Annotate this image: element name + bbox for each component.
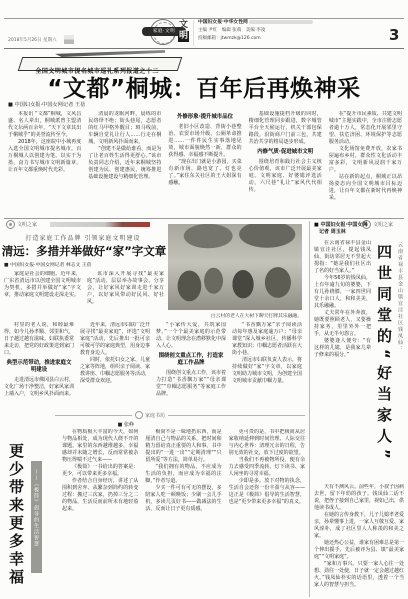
article2-intro-columns: 家庭是社会的细胞。近年来，广东省清远市以创建全国文明城市为契机，多措并举做好“家…	[4, 271, 164, 318]
staff-line: 主编 尹红 编辑 张萌 美编 李凌	[198, 27, 313, 35]
section-badge-label: 文明之家	[17, 221, 37, 228]
text-column: 家庭是社会的细胞。近年来，广东省清远市以创建全国文明城市为契机，多措并举做好“家…	[4, 271, 81, 318]
page-number: 3	[389, 26, 399, 44]
gradient-bar-left	[50, 222, 150, 227]
text-column: 在云南省禄丰县金山镇宜洼社区，提起钱凤仙，街坊邻居无不竖起大拇指：“她是我们社区…	[314, 240, 371, 480]
text-column: 天有不测风云。前些年，小叔子因病去世，留下年幼的孩子。钱凤仙二话不说，把侄子接到…	[314, 484, 404, 599]
header-rule	[4, 48, 404, 49]
header-divider	[193, 20, 194, 46]
header-slogan-bar	[249, 20, 313, 24]
article3-byline-line2: 记者 周玉林	[314, 229, 404, 236]
article3-upper-row: 在云南省禄丰县金山镇宜洼社区，提起钱凤仙，街坊邻居无不竖起大拇指：“她是我们社区…	[314, 240, 404, 480]
article1-headline: “文都”桐城：百年后再焕神采	[0, 70, 408, 103]
email-line: 投稿邮箱：jtwmzk@126.com	[198, 35, 313, 43]
masthead-char-2: 明	[178, 31, 189, 42]
article3-headline: 四世同堂的“好当家人”	[374, 244, 395, 480]
article2-kicker: 打造家庭工作品牌 引领家庭文明建设	[2, 233, 164, 242]
text-column: 极简不是一味地扔东西，而是厘清自己与物品的关系，把时间和精力留给真正重要的人和事…	[145, 429, 221, 593]
text-column: 近年来，清远市妇联广泛开展寻找“最美家庭”、评选“文明家庭”活动，先后推出一批可…	[80, 322, 150, 412]
book-headline: 更少带来更多幸福	[6, 443, 27, 587]
article3-byline-line1: ■ 中国妇女报·中国女网	[314, 222, 404, 229]
article1-bottom-rule	[4, 218, 404, 219]
paper-name: 中国妇女报·中华女性网	[198, 20, 248, 25]
book-seal-icon	[135, 411, 143, 419]
newspaper-page: 2018年5月26日 星期六 家庭·文明 文 明 中国妇女报·中华女性网 主编 …	[0, 0, 408, 599]
book-headline-block: 更少带来更多幸福 ——《极简》倡导的生活智慧	[6, 443, 45, 587]
text-column: 基础设施提档升级的同时，精细化管理同步跟进，数字城管平台全天候运行，机关干部包保…	[249, 111, 322, 215]
book-section-label-text: 家庭书坊	[145, 412, 165, 419]
text-column: 在“提升市民素质、共建文明城市”主题实践中，全市注册志愿者逾十万人，常态化开展邻…	[329, 111, 402, 215]
article3-byline: ■ 中国妇女报·中国女网 记者 周玉林	[314, 222, 404, 236]
article2-body-columns: 村里的老人说，和睦最难得，如今儿孙孝顺、邻里和气，日子越过越有滋味。妇联执委常来…	[4, 322, 302, 412]
photo-caption: 白云村的老人在大树下聊天打牌其乐融融。	[168, 312, 302, 319]
text-column: 该市深入开展寻找“最美家庭”活动，层层举办故事会、分享会，让好家风好家训走进千家…	[87, 271, 164, 318]
text-column: 在物质极大丰富的今天，如何与物品相处，成为现代人绕不开的课题。家里的东西越堆越多…	[62, 429, 138, 593]
text-column: 更可贵的是，书中把极简从居家收纳延伸到时间管理、人际交往与内心世界：清理冗余的日…	[229, 429, 305, 593]
text-column: 清晨的龙眠河畔，晨练的市民络绎不绝；街头巷尾，志愿者的红马甲格外醒目；斑马线前，…	[88, 111, 161, 215]
text-column: 村里的老人说，和睦最难得，如今儿孙孝顺、邻里和气，日子越过越有滋味。妇联执委常来…	[4, 322, 74, 412]
section-badge-left: 文明之家	[6, 220, 37, 229]
article2-headline: 清远：多措并举做好“家”字文章	[0, 243, 168, 259]
article1-byline: ■ 中国妇女报·中国女网记者 王蓓	[8, 101, 85, 108]
swoosh-decoration	[55, 50, 165, 57]
article1-kicker-banner: 全国文明城市提名城市巡礼系列报道之十二	[18, 57, 183, 71]
book-columns: 在物质极大丰富的今天，如何与物品相处，成为现代人绕不开的课题。家里的东西越堆越多…	[62, 429, 305, 593]
book-section-label: 家庭书坊	[132, 411, 168, 419]
text-column: 本报讯 “文都”桐城，文风昌盛、名人辈出，桐城派曾主盟清代文坛两百余年，“天下文…	[8, 111, 81, 215]
article2-photo	[168, 224, 302, 310]
text-column: “小家传大爱，共筑家国梦。”一个个最美家庭的示范带动，让文明理念在潜移默化中深入…	[156, 322, 226, 412]
article3-kicker: 云南省禄丰县金山镇宜洼社区钱凤仙：	[397, 242, 404, 480]
header-info: 中国妇女报·中华女性网 主编 尹红 编辑 张萌 美编 李凌 投稿邮箱：jtwmz…	[198, 19, 313, 43]
article3: ■ 中国妇女报·中国女网 记者 周玉林 在云南省禄丰县金山镇宜洼社区，提起钱凤仙…	[314, 222, 404, 599]
article1-columns: 本报讯 “文都”桐城，文风昌盛、名人辈出，桐城派曾主盟清代文坛两百余年，“天下文…	[8, 111, 402, 215]
book-subtitle: ——《极简》倡导的生活智慧	[31, 461, 42, 573]
date-flag-icon	[64, 35, 74, 44]
article2-byline: ■ 中国妇女报·中国女网记者 林志文 王蓓	[4, 261, 91, 268]
masthead-vertical: 文 明	[178, 20, 189, 42]
text-column: 外修形象·提升城市品位老旧小区改造、背街小巷整治、农贸市场升级、公厕革命推进………	[168, 111, 241, 215]
text-column: “书香飘万家”亲子阅读活动每年惠及家庭逾万户；“母亲课堂”深入城乡社区，传播科学…	[232, 322, 302, 412]
masthead-char-1: 文	[179, 20, 188, 30]
article3-divider	[309, 221, 310, 597]
section-seal-icon	[6, 220, 15, 229]
book-section-rule	[55, 415, 305, 416]
issue-date: 2018年5月26日 星期六	[8, 37, 56, 43]
book-byline: ■ 张峥	[62, 421, 134, 428]
